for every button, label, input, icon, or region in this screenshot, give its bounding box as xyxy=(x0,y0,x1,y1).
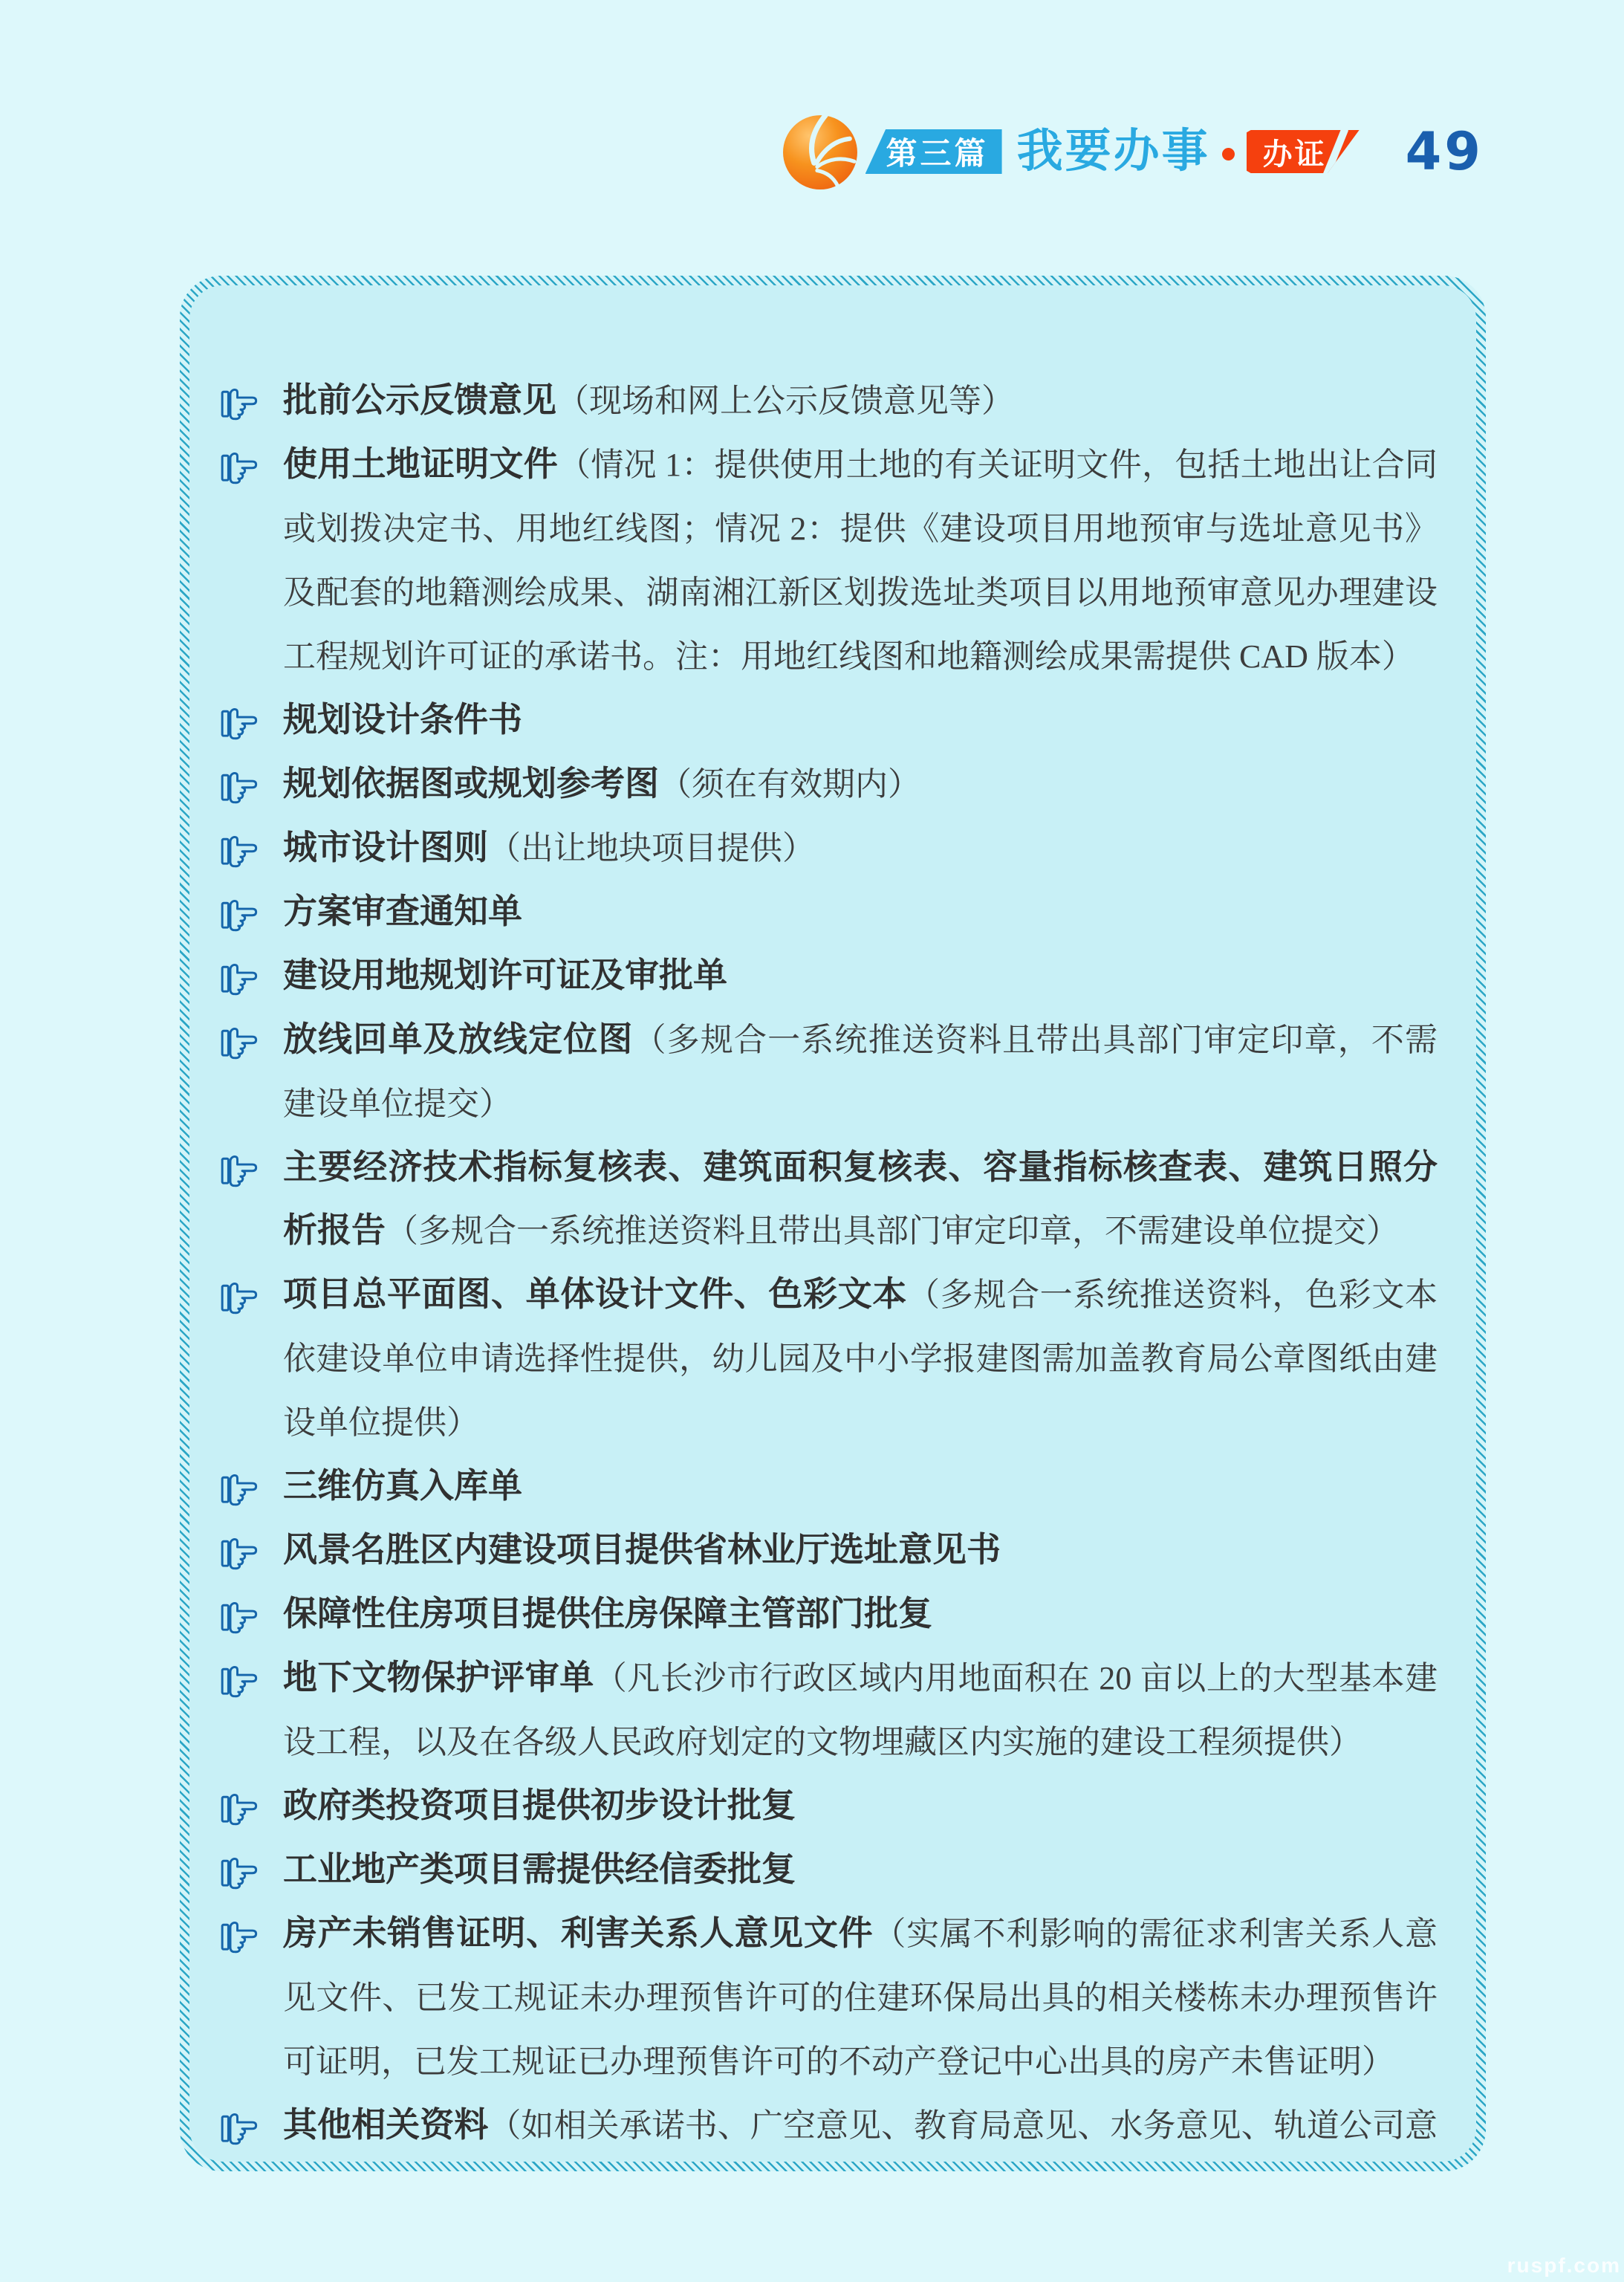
item-note: （须在有效期内） xyxy=(659,766,920,803)
item-text: 建设用地规划许可证及审批单 xyxy=(283,944,1438,1008)
item-note: （现场和网上公示反馈意见等） xyxy=(556,383,1014,419)
checklist-item: 保障性住房项目提供住房保障主管部门批复 xyxy=(221,1582,1438,1646)
item-title: 放线回单及放线定位图 xyxy=(283,1020,634,1058)
pointing-hand-icon xyxy=(221,383,259,422)
pointing-hand-icon xyxy=(221,831,259,869)
item-title: 地下文物保护评审单 xyxy=(283,1659,594,1696)
pointing-hand-icon xyxy=(221,1916,259,1955)
handbook-page: 第三篇 我要办事 办证 49 批前公示反馈意见（现场和网上公示反馈意见等） xyxy=(0,0,1624,2282)
separator-dot-icon xyxy=(1222,148,1235,161)
checklist-item: 政府类投资项目提供初步设计批复 xyxy=(221,1774,1438,1838)
item-text: 房产未销售证明、利害关系人意见文件（实属不利影响的需征求利害关系人意见文件、已发… xyxy=(283,1902,1438,2093)
item-title: 工业地产类项目需提供经信委批复 xyxy=(283,1850,796,1888)
item-text: 放线回单及放线定位图（多规合一系统推送资料且带出具部门审定印章，不需建设单位提交… xyxy=(283,1008,1438,1135)
pointing-hand-icon xyxy=(221,959,259,997)
pointing-hand-icon xyxy=(221,703,259,742)
checklist-item: 工业地产类项目需提供经信委批复 xyxy=(221,1838,1438,1902)
checklist-item: 方案审查通知单 xyxy=(221,880,1438,944)
item-text: 规划依据图或规划参考图（须在有效期内） xyxy=(283,752,1438,816)
item-title: 保障性住房项目提供住房保障主管部门批复 xyxy=(283,1595,932,1633)
checklist-item: 城市设计图则（出让地块项目提供） xyxy=(221,816,1438,880)
pointing-hand-icon xyxy=(221,1597,259,1636)
item-text: 使用土地证明文件（情况 1：提供使用土地的有关证明文件，包括土地出让合同或划拨决… xyxy=(283,432,1438,688)
pointing-hand-icon xyxy=(221,1022,259,1061)
checklist-item: 地下文物保护评审单（凡长沙市行政区域内用地面积在 20 亩以上的大型基本建设工程… xyxy=(221,1646,1438,1774)
checklist-item: 放线回单及放线定位图（多规合一系统推送资料且带出具部门审定印章，不需建设单位提交… xyxy=(221,1008,1438,1135)
checklist-panel-inner: 批前公示反馈意见（现场和网上公示反馈意见等） 使用土地证明文件（情况 1：提供使… xyxy=(189,285,1476,2162)
item-title: 其他相关资料 xyxy=(283,2106,488,2144)
checklist-item: 房产未销售证明、利害关系人意见文件（实属不利影响的需征求利害关系人意见文件、已发… xyxy=(221,1902,1438,2093)
checklist-panel: 批前公示反馈意见（现场和网上公示反馈意见等） 使用土地证明文件（情况 1：提供使… xyxy=(180,276,1486,2171)
item-title: 规划依据图或规划参考图 xyxy=(283,765,659,803)
item-text: 地下文物保护评审单（凡长沙市行政区域内用地面积在 20 亩以上的大型基本建设工程… xyxy=(283,1646,1438,1774)
item-text: 三维仿真入库单 xyxy=(283,1454,1438,1518)
pointing-hand-icon xyxy=(221,1469,259,1508)
section-badge-label: 第三篇 xyxy=(886,129,989,174)
item-text: 城市设计图则（出让地块项目提供） xyxy=(283,816,1438,880)
checklist-item: 规划依据图或规划参考图（须在有效期内） xyxy=(221,752,1438,816)
item-text: 风景名胜区内建设项目提供省林业厅选址意见书 xyxy=(283,1518,1438,1582)
item-text: 其他相关资料（如相关承诺书、广空意见、教育局意见、水务意见、轨道公司意见等） xyxy=(283,2093,1438,2162)
item-title: 项目总平面图、单体设计文件、色彩文本 xyxy=(283,1275,907,1313)
item-text: 批前公示反馈意见（现场和网上公示反馈意见等） xyxy=(283,369,1438,432)
item-note: （出让地块项目提供） xyxy=(488,830,815,866)
item-text: 工业地产类项目需提供经信委批复 xyxy=(283,1838,1438,1902)
checklist-item: 使用土地证明文件（情况 1：提供使用土地的有关证明文件，包括土地出让合同或划拨决… xyxy=(221,432,1438,688)
item-title: 风景名胜区内建设项目提供省林业厅选址意见书 xyxy=(283,1531,1001,1569)
section-badge: 第三篇 xyxy=(865,129,1002,174)
item-title: 方案审查通知单 xyxy=(283,892,522,930)
checklist-item: 风景名胜区内建设项目提供省林业厅选址意见书 xyxy=(221,1518,1438,1582)
checklist-item: 批前公示反馈意见（现场和网上公示反馈意见等） xyxy=(221,369,1438,432)
pointing-hand-icon xyxy=(221,1789,259,1827)
item-text: 主要经济技术指标复核表、建筑面积复核表、容量指标核查表、建筑日照分析报告（多规合… xyxy=(283,1135,1438,1262)
item-title: 房产未销售证明、利害关系人意见文件 xyxy=(283,1914,873,1952)
checklist-item: 规划设计条件书 xyxy=(221,688,1438,752)
checklist: 批前公示反馈意见（现场和网上公示反馈意见等） 使用土地证明文件（情况 1：提供使… xyxy=(221,369,1438,2162)
pointing-hand-icon xyxy=(221,2108,259,2147)
item-note: （多规合一系统推送资料且带出具部门审定印章，不需建设单位提交） xyxy=(386,1213,1399,1249)
checklist-item: 主要经济技术指标复核表、建筑面积复核表、容量指标核查表、建筑日照分析报告（多规合… xyxy=(221,1135,1438,1262)
category-badge: 办证 xyxy=(1247,130,1360,173)
pointing-hand-icon xyxy=(221,1533,259,1572)
item-text: 规划设计条件书 xyxy=(283,688,1438,752)
category-badge-label: 办证 xyxy=(1263,131,1327,173)
item-text: 方案审查通知单 xyxy=(283,880,1438,944)
pointing-hand-icon xyxy=(221,767,259,805)
item-title: 建设用地规划许可证及审批单 xyxy=(283,956,727,994)
item-title: 政府类投资项目提供初步设计批复 xyxy=(283,1786,796,1824)
page-header: 第三篇 我要办事 办证 49 xyxy=(782,110,1484,193)
item-title: 城市设计图则 xyxy=(283,829,488,866)
page-number: 49 xyxy=(1406,126,1484,178)
item-title: 使用土地证明文件 xyxy=(283,445,558,483)
item-title: 规划设计条件书 xyxy=(283,701,522,739)
pointing-hand-icon xyxy=(221,1150,259,1189)
checklist-item: 三维仿真入库单 xyxy=(221,1454,1438,1518)
pointing-hand-icon xyxy=(221,447,259,486)
item-text: 项目总平面图、单体设计文件、色彩文本（多规合一系统推送资料，色彩文本依建设单位申… xyxy=(283,1262,1438,1454)
item-text: 政府类投资项目提供初步设计批复 xyxy=(283,1774,1438,1838)
watermark: ruspf.com xyxy=(1507,2254,1621,2278)
brand-logo-icon xyxy=(782,112,858,191)
item-title: 批前公示反馈意见 xyxy=(283,381,556,419)
checklist-item: 项目总平面图、单体设计文件、色彩文本（多规合一系统推送资料，色彩文本依建设单位申… xyxy=(221,1262,1438,1454)
checklist-item: 建设用地规划许可证及审批单 xyxy=(221,944,1438,1008)
item-text: 保障性住房项目提供住房保障主管部门批复 xyxy=(283,1582,1438,1646)
pointing-hand-icon xyxy=(221,1277,259,1316)
pointing-hand-icon xyxy=(221,895,259,933)
pointing-hand-icon xyxy=(221,1661,259,1699)
pointing-hand-icon xyxy=(221,1852,259,1891)
checklist-item: 其他相关资料（如相关承诺书、广空意见、教育局意见、水务意见、轨道公司意见等） xyxy=(221,2093,1438,2162)
header-title: 我要办事 xyxy=(1017,129,1210,175)
item-title: 三维仿真入库单 xyxy=(283,1467,522,1505)
